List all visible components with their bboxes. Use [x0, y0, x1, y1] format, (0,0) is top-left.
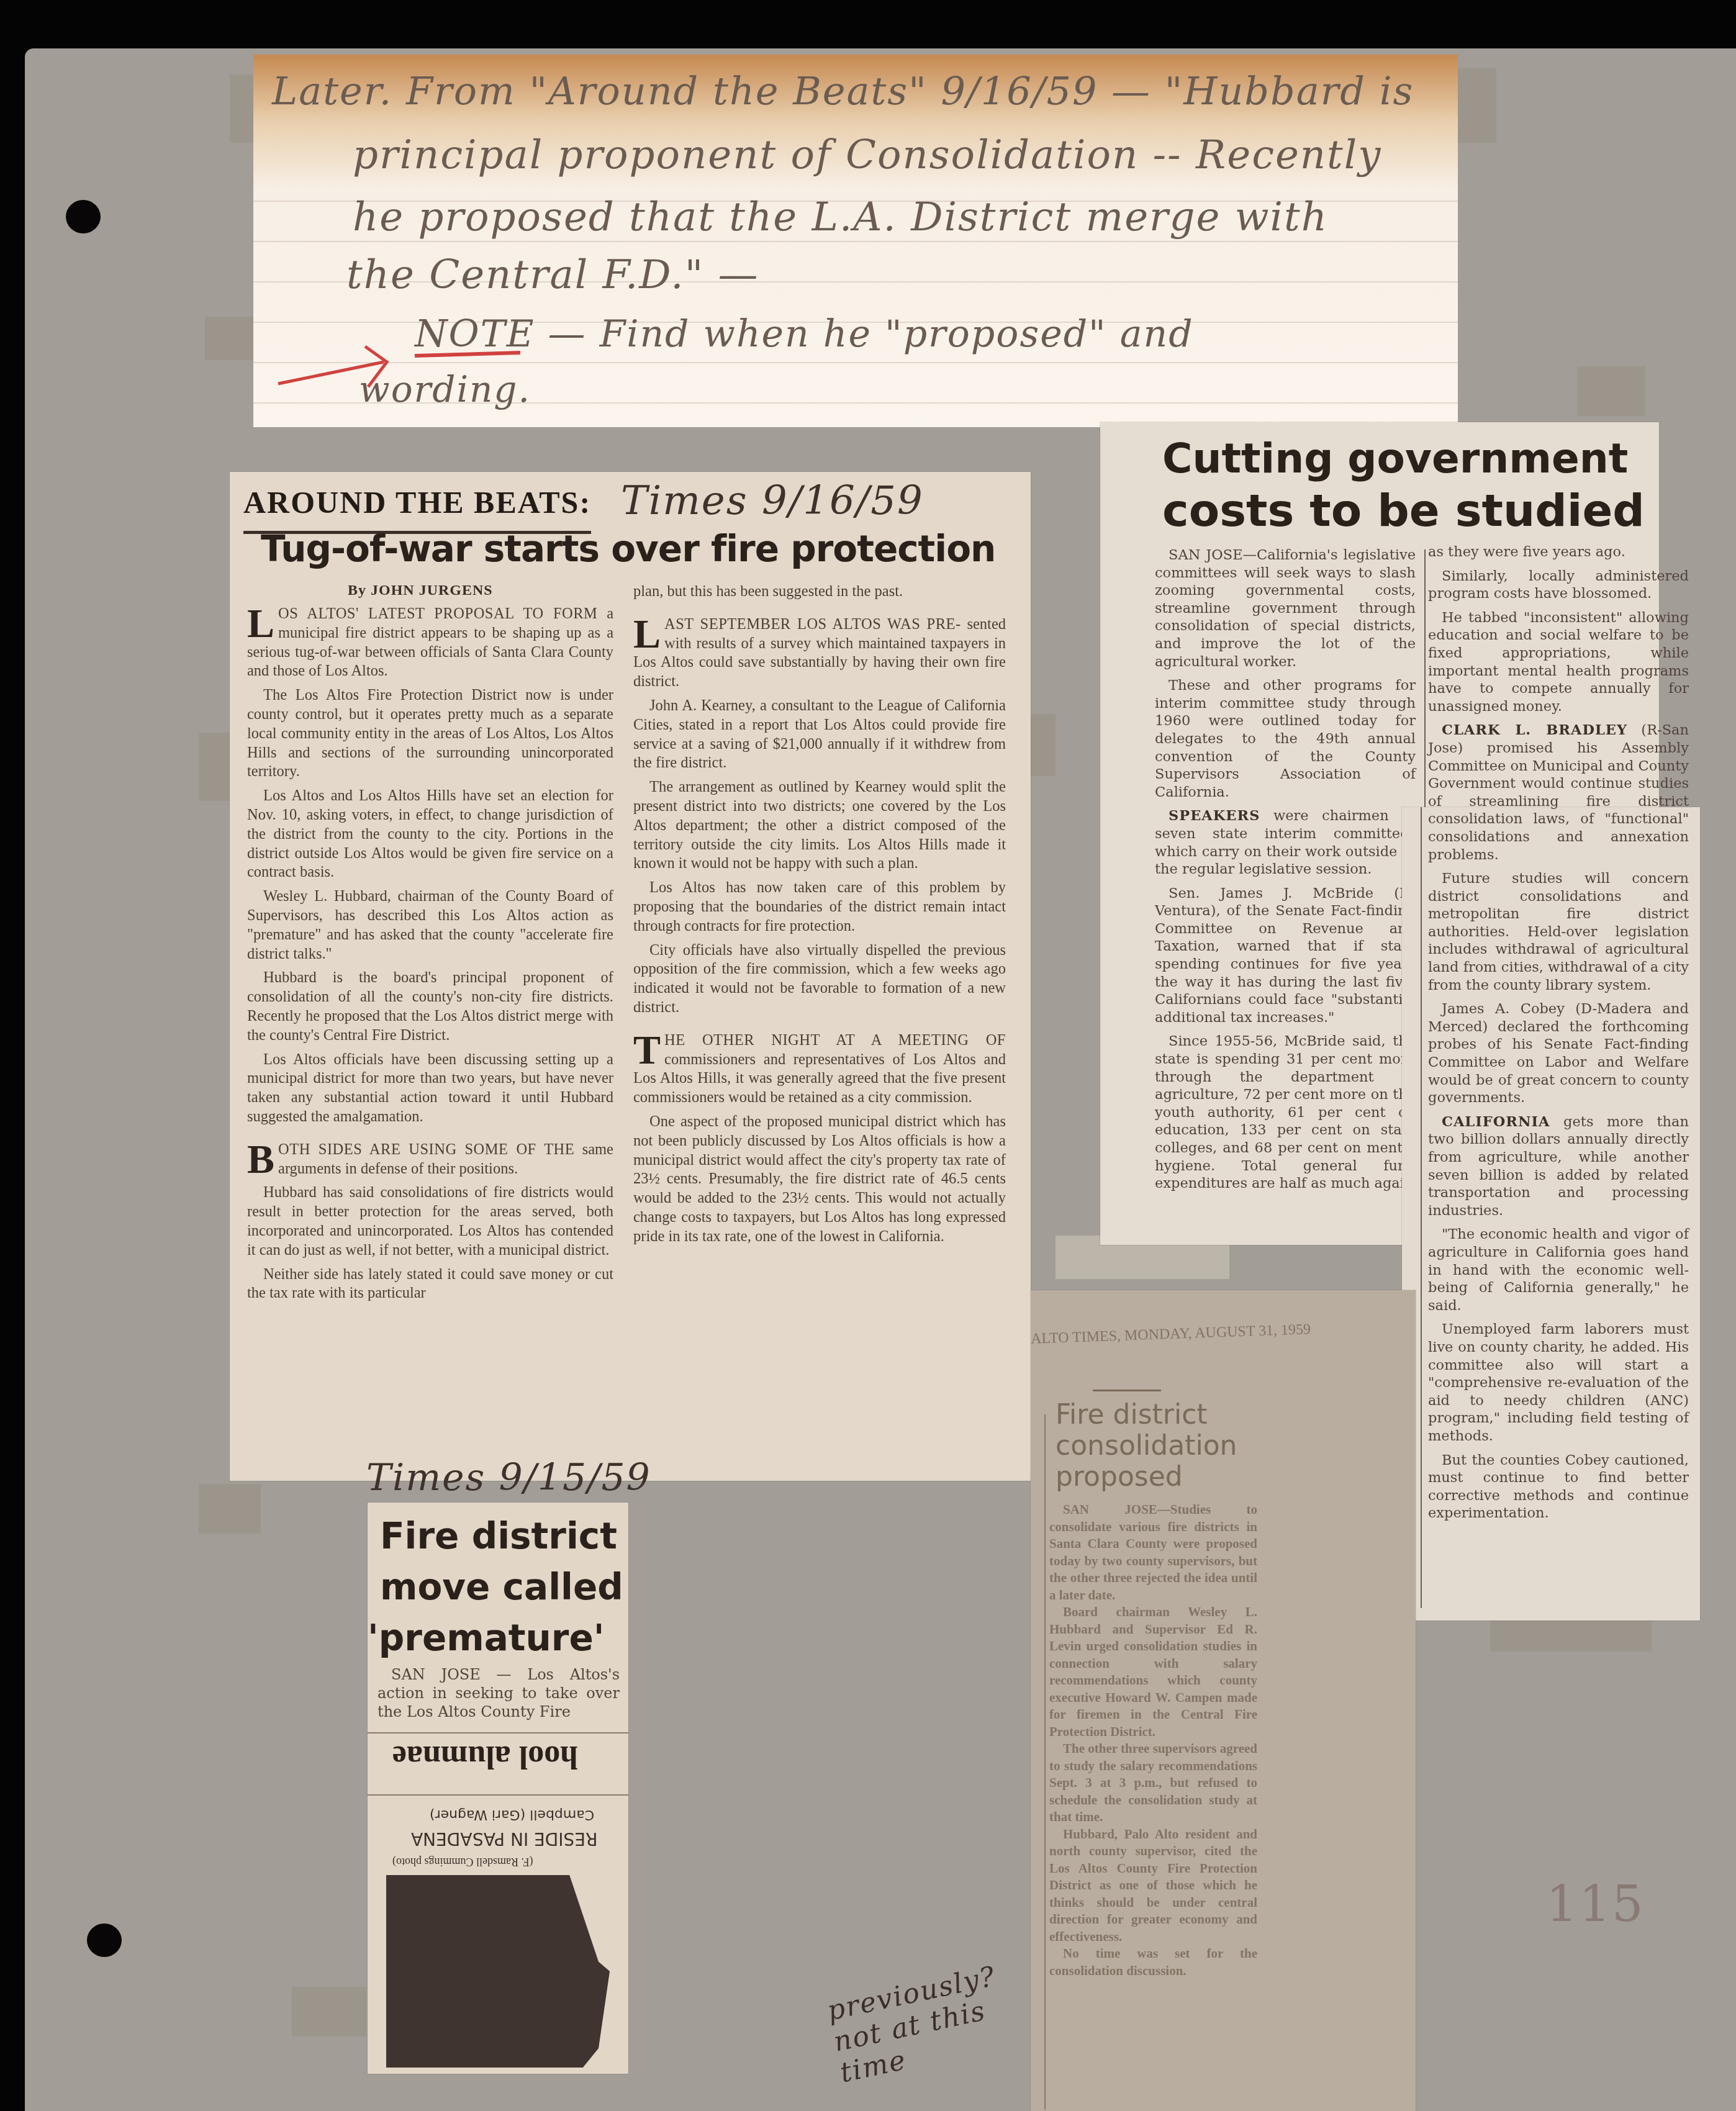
- article-column-1: LOS ALTOS' LATEST PROPOSAL TO FORM a mun…: [247, 605, 613, 1308]
- headline-line: move called: [380, 1566, 623, 1608]
- tape-strip: [230, 75, 255, 143]
- article-paragraph: But the counties Cobey cautioned, must c…: [1428, 1452, 1689, 1522]
- article-paragraph: Unemployed farm laborers must live on co…: [1428, 1321, 1689, 1445]
- dateline: ALTO TIMES, MONDAY, AUGUST 31, 1959: [1031, 1318, 1416, 1348]
- drop-cap: T: [633, 1033, 661, 1069]
- headline-line: 'premature': [368, 1617, 605, 1659]
- drop-cap: L: [247, 606, 274, 642]
- lead-in-caps: AST SEPTEMBER LOS ALTOS WAS PRE-: [664, 616, 961, 633]
- article-paragraph: James A. Cobey (D-Madera and Merced) dec…: [1428, 1000, 1689, 1107]
- kicker: AROUND THE BEATS:: [243, 484, 591, 520]
- article-paragraph: SPEAKERS were chairmen of seven state in…: [1155, 807, 1416, 878]
- clipping-premature: Fire district move called 'premature' SA…: [368, 1503, 628, 2074]
- article-paragraph: Similarly, locally administered program …: [1428, 567, 1689, 603]
- drop-cap: B: [247, 1142, 274, 1178]
- article-paragraph: Wesley L. Hubbard, chairman of the Count…: [247, 887, 613, 964]
- clipping-tug-of-war: AROUND THE BEATS: Times 9/16/59 Tug-of-w…: [230, 472, 1031, 1481]
- article-paragraph: The arrangement as outlined by Kearney w…: [633, 778, 1006, 874]
- headline-line: Fire district: [1056, 1399, 1208, 1431]
- article-paragraph: John A. Kearney, a consultant to the Lea…: [633, 697, 1006, 773]
- lead-in-caps: HE OTHER NIGHT AT A MEETING OF: [664, 1032, 1006, 1049]
- article-paragraph: CALIFORNIA gets more than two billion do…: [1428, 1113, 1689, 1220]
- column-divider: [1421, 807, 1422, 1608]
- article-body: SAN JOSE—Studies to consolidate various …: [1049, 1501, 1257, 1979]
- article-paragraph: City officials have also virtually dispe…: [633, 941, 1006, 1018]
- headline-line: proposed: [1056, 1461, 1183, 1493]
- article-paragraph: LAST SEPTEMBER LOS ALTOS WAS PRE- sented…: [633, 615, 1006, 692]
- article-paragraph: Hubbard, Palo Alto resident and north co…: [1049, 1826, 1257, 1946]
- tape-strip: [292, 1987, 366, 2036]
- paragraph-lead-bold: CALIFORNIA: [1442, 1114, 1550, 1130]
- article-paragraph: BOTH SIDES ARE USING SOME OF THE same ar…: [247, 1141, 613, 1179]
- upside-down-credit: Campbell (Gari Wagner): [430, 1807, 594, 1822]
- article-paragraph: No time was set for the consolidation di…: [1049, 1945, 1257, 1979]
- newspaper-photo: [386, 1875, 610, 2068]
- upside-down-headline: hool alumnae: [392, 1738, 578, 1775]
- headline-line: consolidation: [1056, 1430, 1237, 1462]
- headline-line: Fire district: [380, 1515, 617, 1557]
- headline: Tug-of-war starts over fire protection: [261, 528, 995, 570]
- red-arrow-icon: [272, 328, 533, 402]
- article-column-1: SAN JOSE—California's legislative commit…: [1155, 546, 1416, 1199]
- note-line: Later. From "Around the Beats" 9/16/59 —…: [272, 68, 1414, 114]
- tape-strip: [199, 1484, 261, 1534]
- article-paragraph: SAN JOSE—Studies to consolidate various …: [1049, 1501, 1257, 1604]
- handwritten-date: Times 9/16/59: [621, 478, 924, 524]
- binder-hole-bottom: [87, 1923, 122, 1957]
- article-paragraph: plan, but this has been suggested in the…: [633, 582, 1006, 602]
- article-paragraph: Future studies will concern district con…: [1428, 870, 1689, 994]
- note-line: principal proponent of Consolidation -- …: [353, 132, 1381, 178]
- article-paragraph: THE OTHER NIGHT AT A MEETING OF commissi…: [633, 1031, 1006, 1108]
- article-paragraph: One aspect of the proposed municipal dis…: [633, 1113, 1006, 1247]
- headline-line-2: costs to be studied: [1162, 484, 1645, 536]
- article-paragraph: Sen. James J. McBride (D-Ventura), of th…: [1155, 885, 1416, 1027]
- paragraph-lead-bold: CLARK L. BRADLEY: [1442, 722, 1627, 738]
- article-paragraph: Los Altos officials have been discussing…: [247, 1051, 613, 1127]
- article-paragraph: Since 1955-56, McBride said, the state i…: [1155, 1033, 1416, 1192]
- byline: By JOHN JURGENS: [348, 582, 493, 599]
- article-column-2: as they were five years ago.Similarly, l…: [1428, 543, 1689, 1529]
- note-line: he proposed that the L.A. District merge…: [353, 194, 1328, 240]
- lead-in-caps: OS ALTOS' LATEST PROPOSAL TO FORM: [278, 605, 597, 622]
- article-paragraph: as they were five years ago.: [1428, 543, 1689, 561]
- article-paragraph: Hubbard has said consolidations of fire …: [247, 1183, 613, 1260]
- clipping-consolidation-proposed: ALTO TIMES, MONDAY, AUGUST 31, 1959 Fire…: [1031, 1290, 1416, 2111]
- tape-strip: [205, 317, 255, 360]
- upside-down-photo-credit: (F. Ramsdell Cummings photo): [392, 1855, 533, 1868]
- headline-line-1: Cutting government: [1162, 435, 1628, 482]
- tape-strip: [1453, 68, 1496, 143]
- article-paragraph: Los Altos has now taken care of this pro…: [633, 879, 1006, 936]
- tape-strip: [1577, 366, 1645, 416]
- paragraph-lead-bold: SPEAKERS: [1169, 808, 1260, 824]
- handwritten-note-card: Later. From "Around the Beats" 9/16/59 —…: [253, 55, 1458, 427]
- article-paragraph: Los Altos and Los Altos Hills have set a…: [247, 787, 613, 882]
- article-paragraph: LOS ALTOS' LATEST PROPOSAL TO FORM a mun…: [247, 605, 613, 681]
- upside-down-caption: RESIDE IN PASADENA: [411, 1828, 597, 1849]
- article-paragraph: The Los Altos Fire Protection District n…: [247, 686, 613, 782]
- article-column-2: plan, but this has been suggested in the…: [633, 582, 1006, 1252]
- article-paragraph: The other three supervisors agreed to st…: [1049, 1740, 1257, 1826]
- page-number: 115: [1546, 1875, 1645, 1933]
- article-paragraph: SAN JOSE—California's legislative commit…: [1155, 546, 1416, 671]
- article-body: SAN JOSE — Los Altos's action in seeking…: [377, 1665, 620, 1721]
- binder-hole-top: [66, 200, 101, 233]
- handwritten-date: Times 9/15/59: [366, 1456, 651, 1499]
- article-paragraph: "The economic health and vigor of agricu…: [1428, 1226, 1689, 1314]
- lead-in-caps: OTH SIDES ARE USING SOME OF THE: [278, 1141, 574, 1158]
- article-paragraph: CLARK L. BRADLEY (R-San Jose) promised h…: [1428, 721, 1689, 864]
- article-paragraph: These and other programs for interim com…: [1155, 677, 1416, 801]
- note-line: the Central F.D." —: [346, 252, 759, 298]
- drop-cap: L: [633, 617, 661, 653]
- article-paragraph: Neither side has lately stated it could …: [247, 1265, 613, 1304]
- article-paragraph: Board chairman Wesley L. Hubbard and Sup…: [1049, 1604, 1257, 1740]
- article-paragraph: Hubbard is the board's principal propone…: [247, 969, 613, 1045]
- article-paragraph: He tabbed "inconsistent" allowing educat…: [1428, 609, 1689, 716]
